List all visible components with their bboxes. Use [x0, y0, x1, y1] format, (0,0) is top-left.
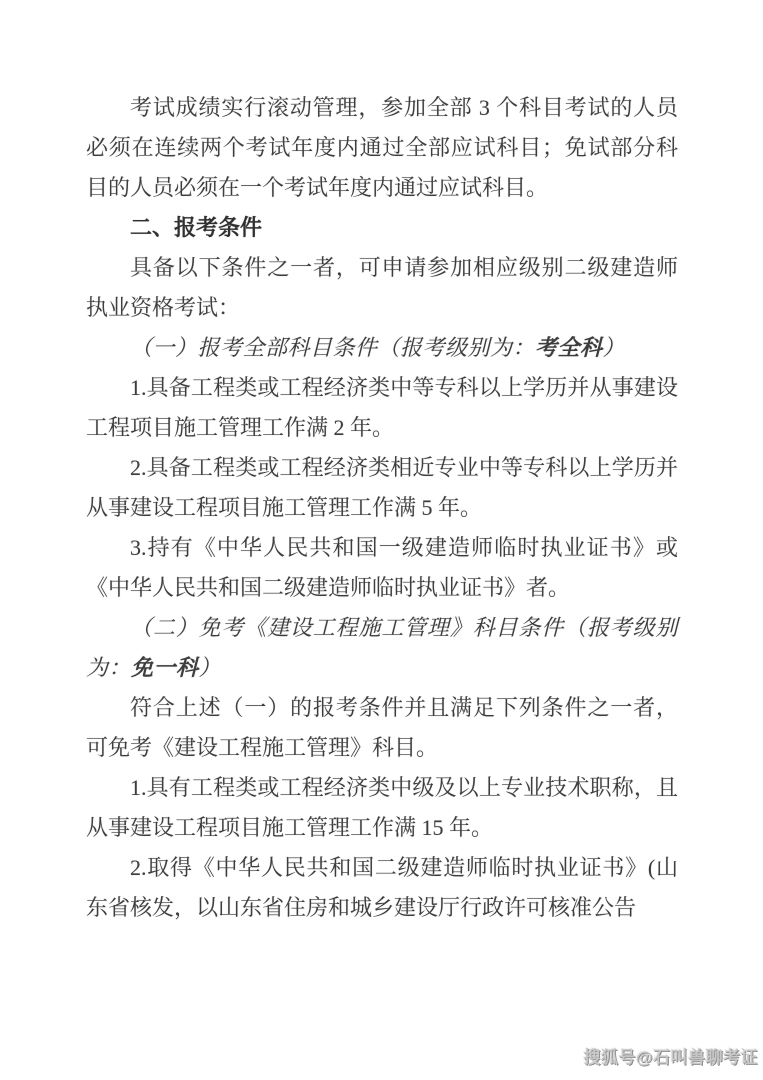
text-segment: 符合上述（一）的报考条件并且满足下列条件之一者，可免考《建设工程施工管理》科目。 [86, 695, 678, 760]
document-page: 考试成绩实行滚动管理，参加全部 3 个科目考试的人员必须在连续两个考试年度内通过… [0, 0, 763, 1080]
text-segment: 1.具备工程类或工程经济类中等专科以上学历并从事建设工程项目施工管理工作满 2 … [86, 375, 678, 440]
paragraph: 具备以下条件之一者，可申请参加相应级别二级建造师执业资格考试： [86, 248, 678, 328]
text-segment: 具备以下条件之一者，可申请参加相应级别二级建造师执业资格考试： [86, 255, 678, 320]
text-segment: 2.取得《中华人民共和国二级建造师临时执业证书》(山东省核发，以山东省住房和城乡… [86, 855, 678, 920]
text-segment: 免一科 [131, 655, 199, 680]
paragraph: 1.具备工程类或工程经济类中等专科以上学历并从事建设工程项目施工管理工作满 2 … [86, 368, 678, 448]
paragraph: 符合上述（一）的报考条件并且满足下列条件之一者，可免考《建设工程施工管理》科目。 [86, 688, 678, 768]
text-segment: ） [603, 335, 626, 360]
document-text: 考试成绩实行滚动管理，参加全部 3 个科目考试的人员必须在连续两个考试年度内通过… [86, 88, 678, 928]
paragraph: 2.取得《中华人民共和国二级建造师临时执业证书》(山东省核发，以山东省住房和城乡… [86, 848, 678, 928]
text-segment: 1.具有工程类或工程经济类中级及以上专业技术职称，且从事建设工程项目施工管理工作… [86, 775, 678, 840]
paragraph: （一）报考全部科目条件（报考级别为：考全科） [86, 328, 678, 368]
text-segment: 3.持有《中华人民共和国一级建造师临时执业证书》或《中华人民共和国二级建造师临时… [86, 535, 678, 600]
text-segment: 考全科 [535, 335, 603, 360]
paragraph: 二、报考条件 [86, 208, 678, 248]
paragraph: 考试成绩实行滚动管理，参加全部 3 个科目考试的人员必须在连续两个考试年度内通过… [86, 88, 678, 208]
text-segment: 考试成绩实行滚动管理，参加全部 3 个科目考试的人员必须在连续两个考试年度内通过… [86, 95, 678, 200]
paragraph: 2.具备工程类或工程经济类相近专业中等专科以上学历并从事建设工程项目施工管理工作… [86, 448, 678, 528]
text-segment: （一）报考全部科目条件（报考级别为： [130, 335, 535, 360]
text-segment: ） [199, 655, 222, 680]
paragraph: 1.具有工程类或工程经济类中级及以上专业技术职称，且从事建设工程项目施工管理工作… [86, 768, 678, 848]
text-segment: 二、报考条件 [130, 215, 262, 240]
text-segment: 2.具备工程类或工程经济类相近专业中等专科以上学历并从事建设工程项目施工管理工作… [86, 455, 678, 520]
paragraph: 3.持有《中华人民共和国一级建造师临时执业证书》或《中华人民共和国二级建造师临时… [86, 528, 678, 608]
watermark: 搜狐号@石叫兽聊考证 [583, 1043, 758, 1068]
paragraph: （二）免考《建设工程施工管理》科目条件（报考级别为：免一科） [86, 608, 678, 688]
